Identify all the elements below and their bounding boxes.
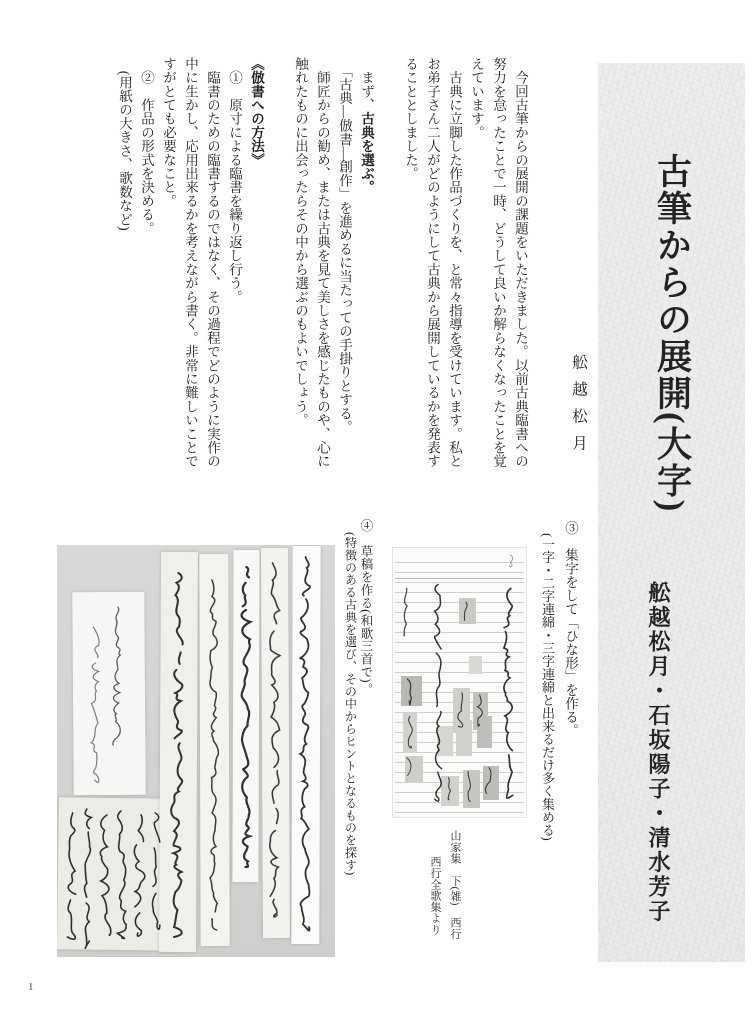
method-item-1: ① 原寸による臨書を繰り返し行う。	[223, 57, 245, 469]
essay-paragraph-2: 古典に立脚した作品づくりを、と常々指導を受けています。私とお弟子さん二人がどのよ…	[399, 57, 465, 469]
ink-stroke	[67, 813, 75, 939]
ink-stroke	[478, 695, 483, 726]
method-item-2: ② 作品の形式を決める。	[135, 57, 157, 469]
ink-stroke	[407, 758, 411, 776]
caption-line-1: 山家集 下(雑) 西行	[445, 830, 465, 960]
ink-stroke	[85, 809, 92, 948]
ink-stroke	[113, 607, 120, 745]
ink-stroke	[468, 772, 470, 802]
step3-note: (一字・二字連綿・三字連綿と出来るだけ多く集める)	[536, 521, 559, 867]
ink-stroke	[404, 588, 407, 635]
ink-stroke	[134, 815, 144, 936]
ink-stroke	[171, 573, 183, 937]
caption-line-2: 西行全歌集より	[425, 830, 445, 960]
essay-paragraph-1: 今回古筆からの展開の課題をいただきました。以前古典臨書への努力を怠ったことで一時…	[465, 57, 531, 469]
ink-stroke	[100, 815, 110, 935]
essay-text: 舩越松月 今回古筆からの展開の課題をいただきました。以前古典臨書への努力を怠った…	[88, 57, 589, 469]
method-item-2-note: (用紙の大きさ、歌数など)	[113, 57, 135, 469]
byline: 舩越松月	[567, 57, 589, 469]
method-item-1-body: 臨書のための臨書するのではなく、その過程でどのように実作の中に生かし、応用出来る…	[157, 57, 223, 469]
step4-label: ④ 草稿を作る(和歌三首で)。	[358, 519, 374, 939]
ink-stroke	[485, 768, 491, 794]
step3-label: ③ 集字をして「ひな形」を作る。	[559, 521, 582, 867]
source-caption: 山家集 下(雑) 西行 西行全歌集より	[420, 830, 465, 960]
paragraph-emphasis: 古典を選ぶ。	[359, 112, 374, 194]
ink-stroke	[435, 584, 442, 801]
calligraphy-strips-photo	[57, 545, 335, 957]
ink-stroke	[504, 588, 513, 798]
step4-note: (特徴のある古典を選び、その中からヒントとなるものを探す)	[342, 519, 358, 939]
calligraphy-ink	[393, 548, 526, 817]
hinagata-notebook-photo	[392, 547, 527, 818]
ink-stroke	[117, 811, 126, 939]
step3-block: ③ 集字をして「ひな形」を作る。 (一字・二字連綿・三字連綿と出来るだけ多く集め…	[524, 521, 582, 867]
page-title: 古筆からの展開(大字)	[647, 153, 697, 513]
ink-stroke	[407, 679, 411, 705]
authors-line: 舩越松月・石坂陽子・清水芳子	[643, 581, 674, 924]
paragraph-lead: まず、	[359, 57, 374, 112]
ink-stroke	[152, 813, 159, 929]
magazine-page: 古筆からの展開(大字) 舩越松月・石坂陽子・清水芳子 舩越松月 今回古筆からの展…	[0, 0, 756, 1024]
ink-stroke	[509, 555, 512, 567]
page-number: 1	[28, 981, 34, 993]
step4-block: ④ 草稿を作る(和歌三首で)。 (特徴のある古典を選び、その中からヒントとなるも…	[337, 519, 373, 939]
ink-stroke	[448, 778, 450, 800]
essay-paragraph-5: 師匠からの勧め、または古典を見て美しさを感じたものや、心に触れたものに出会ったら…	[289, 57, 333, 469]
calligraphy-ink	[57, 545, 335, 957]
essay-paragraph-3: まず、古典を選ぶ。	[355, 57, 377, 469]
ink-stroke	[210, 580, 218, 930]
essay-paragraph-4: 「古典―倣書―創作」を進めるに当たっての手掛りとする。	[333, 57, 355, 469]
ink-stroke	[242, 567, 251, 867]
section-heading: 《倣書への方法》	[245, 57, 267, 469]
ink-stroke	[464, 602, 467, 620]
title-banner: 古筆からの展開(大字) 舩越松月・石坂陽子・清水芳子	[598, 63, 745, 962]
ink-stroke	[458, 693, 463, 727]
ink-stroke	[300, 557, 310, 931]
ink-stroke	[408, 716, 412, 748]
ink-stroke	[91, 627, 99, 782]
ink-stroke	[270, 563, 280, 917]
